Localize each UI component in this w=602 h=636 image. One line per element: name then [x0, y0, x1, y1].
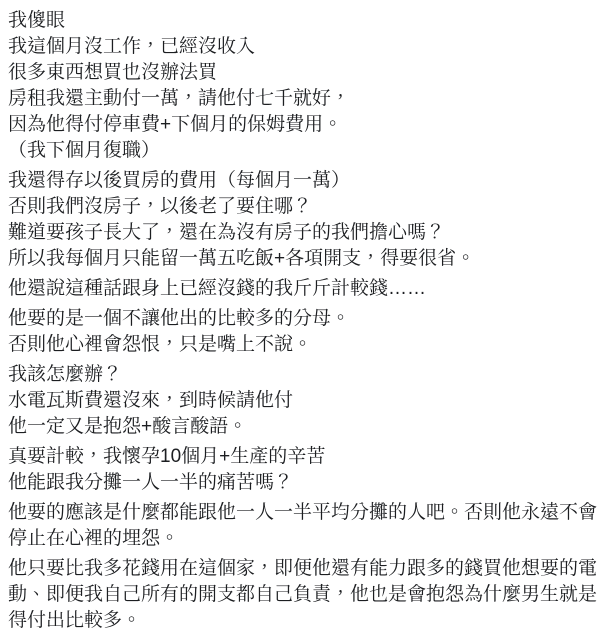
post-text: 我傻眼我這個月沒工作，已經沒收入很多東西想買也沒辦法買房租我還主動付一萬，請他付… — [0, 0, 602, 634]
post-paragraph: 我該怎麼辦？水電瓦斯費還沒來，到時候請他付他一定又是抱怨+酸言酸語。 — [8, 362, 598, 440]
post-paragraph: 我還得存以後買房的費用（每個月一萬）否則我們沒房子，以後老了要住哪？難道要孩子長… — [8, 168, 598, 272]
post-paragraph: 他要的是一個不讓他出的比較多的分母。否則他心裡會怨恨，只是嘴上不說。 — [8, 306, 598, 358]
post-paragraph: 他只要比我多花錢用在這個家，即便他還有能力跟多的錢買他想要的電動、即便我自己所有… — [8, 556, 598, 634]
post-paragraph: 我傻眼我這個月沒工作，已經沒收入很多東西想買也沒辦法買房租我還主動付一萬，請他付… — [8, 8, 598, 164]
page-background: { "page": { "background_color": "#ffffff… — [0, 0, 602, 636]
post-paragraph: 真要計較，我懷孕10個月+生產的辛苦他能跟我分攤一人一半的痛苦嗎？ — [8, 444, 598, 496]
post-paragraph: 他要的應該是什麼都能跟他一人一半平均分攤的人吧。否則他永遠不會停止在心裡的埋怨。 — [8, 500, 598, 552]
post-paragraph: 他還說這種話跟身上已經沒錢的我斤斤計較錢…… — [8, 276, 598, 302]
